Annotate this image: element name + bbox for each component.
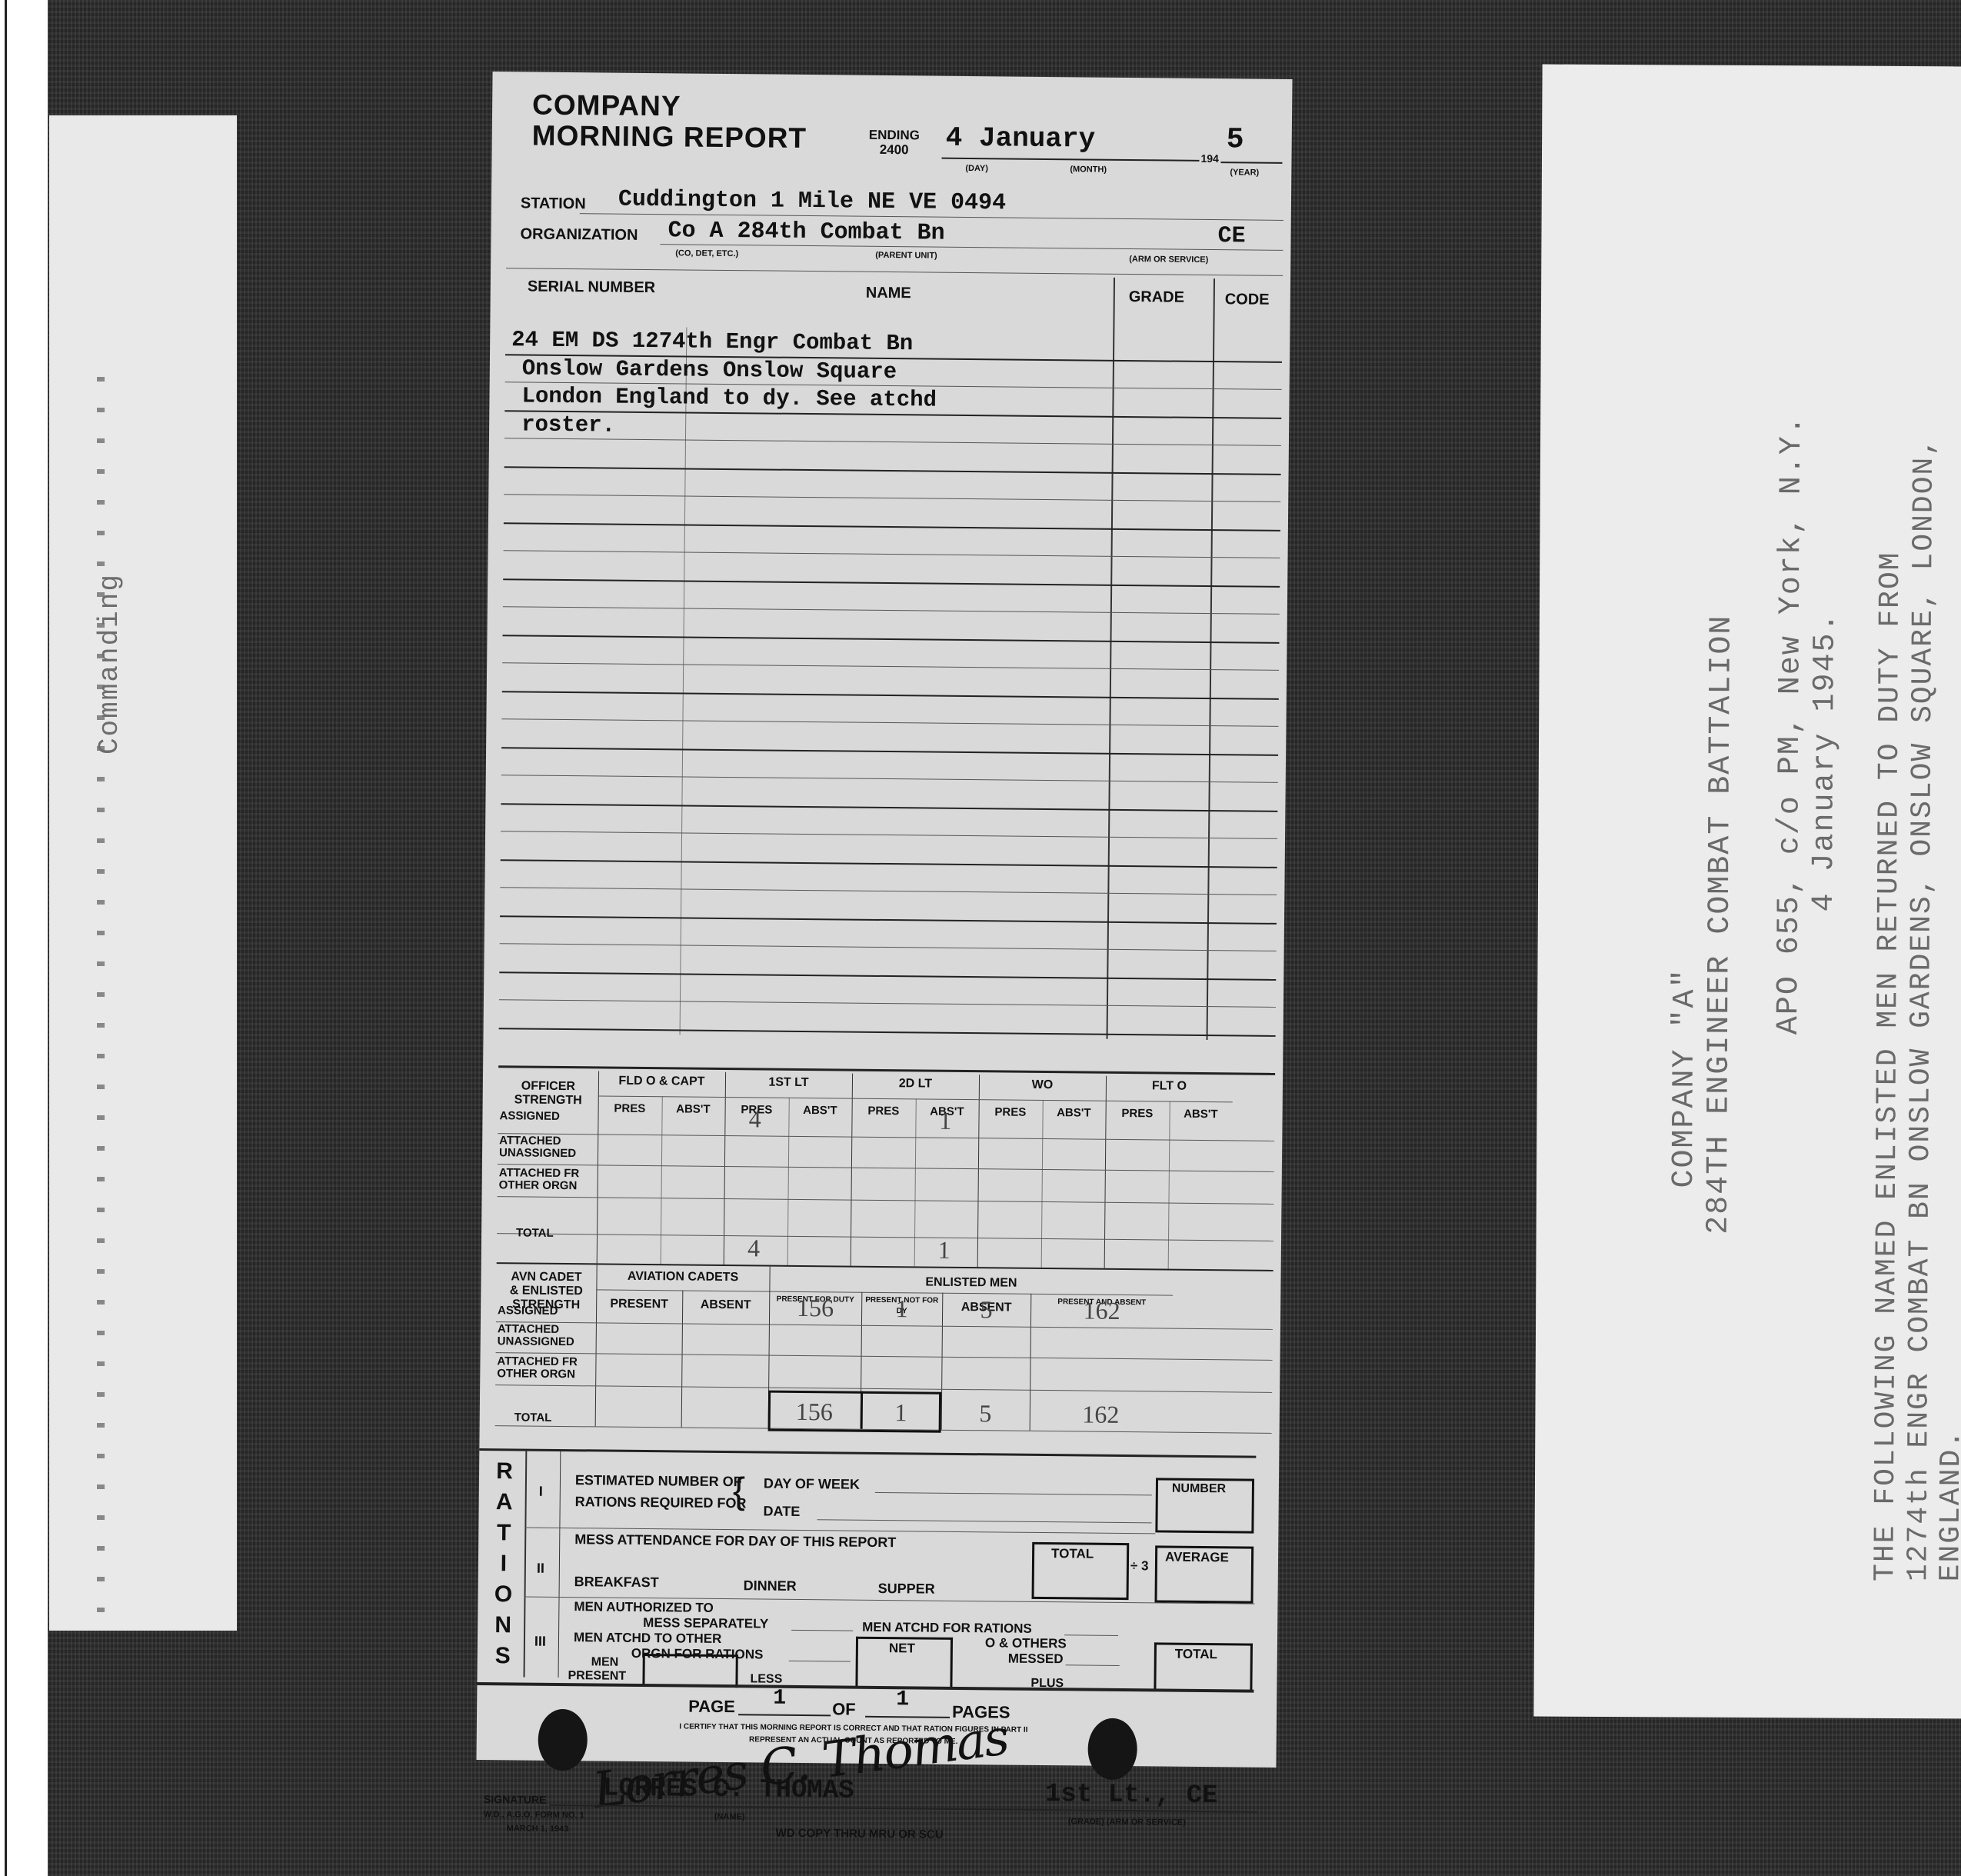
section-ii-numeral: II	[537, 1561, 544, 1577]
number-box[interactable]: NUMBER	[1155, 1478, 1254, 1533]
entry-row-rule	[499, 999, 1276, 1008]
officer-subcol-header: ABS'T	[1042, 1106, 1106, 1120]
enlisted-row-label: ATTACHED FR OTHER ORGN	[497, 1355, 593, 1381]
divide-by-three: ÷ 3	[1130, 1558, 1149, 1574]
page-total: 1	[896, 1688, 909, 1711]
enlisted-row-label: TOTAL	[514, 1411, 611, 1424]
enlisted-subcol-header: ABSENT	[682, 1298, 769, 1313]
enlisted-subcol-header: PRESENT	[596, 1297, 682, 1311]
right-line-1: COMPANY "A"	[1667, 968, 1703, 1188]
entry-row-rule	[502, 662, 1279, 671]
entry-row-rule	[500, 887, 1277, 895]
entry-text-line: London England to dy. See atchd	[521, 383, 937, 412]
entry-row-rule	[499, 971, 1276, 981]
form-number: W.D., A.G.O. FORM NO. 1	[484, 1810, 584, 1820]
officer-group-header: 1ST LT	[725, 1075, 852, 1091]
side-letter: R	[493, 1456, 516, 1487]
entry-row-rule	[503, 635, 1280, 644]
section-i-numeral: I	[539, 1484, 543, 1500]
of-label: OF	[832, 1699, 856, 1719]
right-line-6: 1274th ENGR COMBAT BN ONSLOW GARDENS, ON…	[1902, 437, 1941, 1581]
page-number-field	[738, 1714, 831, 1716]
enlisted-cell-value: 5	[942, 1295, 1030, 1325]
mess-total-box[interactable]: TOTAL	[1032, 1542, 1130, 1600]
morning-report-form: COMPANY MORNING REPORT ENDING 2400 4 Jan…	[476, 72, 1292, 1768]
year-prefix: 194	[1200, 152, 1219, 165]
officer-subcol-divider	[1167, 1101, 1170, 1269]
date-label: DATE	[764, 1504, 801, 1520]
average-label: AVERAGE	[1165, 1550, 1229, 1566]
day-caption: (DAY)	[965, 164, 988, 173]
entry-row-rule	[501, 775, 1278, 783]
rations-top-rule	[479, 1448, 1256, 1458]
table-top-rule	[506, 268, 1283, 276]
entry-row-rule	[501, 718, 1278, 727]
enlisted-cell-value: 162	[1030, 1296, 1173, 1326]
entry-row-rule	[502, 691, 1279, 700]
total-box-divider	[861, 1391, 863, 1429]
day-of-week-field[interactable]	[875, 1492, 1152, 1495]
col-grade: GRADE	[1129, 288, 1184, 307]
side-letter: I	[492, 1548, 515, 1579]
men-atchd-other-1: MEN ATCHD TO OTHER	[574, 1630, 722, 1647]
rations-total-label: TOTAL	[1175, 1647, 1217, 1663]
entry-row-rule	[503, 578, 1280, 588]
men-atchd-rations: MEN ATCHD FOR RATIONS	[862, 1620, 1032, 1637]
officer-subcol-header: PRES	[598, 1101, 662, 1115]
officer-row-label: ATTACHED FR OTHER ORGN	[499, 1167, 595, 1192]
ending-time: 2400	[869, 142, 920, 158]
ending-text: ENDING	[869, 128, 920, 143]
officer-group-header: FLT O	[1106, 1079, 1233, 1095]
men-present-2: PRESENT	[568, 1669, 626, 1684]
name-caption: (NAME)	[714, 1812, 745, 1821]
officer-subcol-divider	[787, 1098, 789, 1265]
signature-label: SIGNATURE	[484, 1793, 547, 1806]
enlisted-cell-value: 156	[769, 1294, 861, 1323]
enlisted-col-divider	[595, 1265, 598, 1426]
entry-row-rule	[503, 606, 1280, 615]
brace: {	[733, 1470, 746, 1512]
right-line-3: APO 655, c/o PM, New York, N.Y.	[1772, 415, 1810, 1035]
entry-row-rule	[504, 466, 1281, 475]
officer-subcol-header: PRES	[1106, 1107, 1170, 1121]
officer-subcol-header: ABS'T	[661, 1102, 725, 1116]
entry-row-rule	[504, 550, 1280, 558]
ending-label: ENDING 2400	[869, 128, 920, 158]
year-value: 5	[1227, 123, 1244, 156]
entry-row-rule	[504, 438, 1281, 446]
officer-row-rule	[498, 1133, 1274, 1141]
grade-caption: (GRADE) (ARM OR SERVICE)	[1068, 1817, 1186, 1827]
total-present-box	[768, 1391, 941, 1433]
officer-group-header: FLD O & CAPT	[598, 1074, 725, 1089]
serial-divider	[680, 327, 688, 1035]
right-line-7: ENGLAND.	[1934, 1429, 1961, 1582]
right-line-4: 4 January 1945.	[1807, 611, 1843, 911]
section-iii-numeral: III	[534, 1634, 546, 1650]
left-document-text: Commanding	[94, 573, 125, 755]
page-margin	[0, 0, 48, 1876]
enlisted-row-label: ATTACHED UNASSIGNED	[498, 1323, 594, 1348]
officer-row-label: TOTAL	[516, 1227, 612, 1240]
code-divider	[1207, 278, 1216, 1040]
station-value: Cuddington 1 Mile NE VE 0494	[618, 187, 1006, 217]
year-caption: (YEAR)	[1230, 168, 1259, 177]
officer-cell-value: 1	[937, 1236, 950, 1265]
others-2: MESSED	[1008, 1651, 1064, 1668]
net-label: NET	[889, 1641, 915, 1656]
officer-subcol-header: PRES	[979, 1105, 1043, 1119]
side-letter: S	[491, 1641, 514, 1671]
right-line-2: 284TH ENGINEER COMBAT BATTALION	[1702, 615, 1740, 1235]
page-label: PAGE	[688, 1697, 735, 1718]
aviation-cadets-header: AVIATION CADETS	[596, 1269, 769, 1285]
date-underline	[941, 158, 1199, 162]
officer-subcol-divider	[1040, 1100, 1043, 1268]
form-title-morning-report: MORNING REPORT	[532, 120, 807, 155]
mess-separately-field[interactable]	[791, 1630, 853, 1631]
rations-total-box[interactable]: TOTAL	[1154, 1642, 1253, 1690]
entry-text-line: Onslow Gardens Onslow Square	[522, 355, 897, 385]
section-i-label-1: ESTIMATED NUMBER OF	[575, 1472, 742, 1490]
side-letter: O	[491, 1579, 514, 1610]
col-code: CODE	[1225, 291, 1270, 309]
faint-typed-marks	[97, 377, 105, 1638]
entry-row-rule	[501, 747, 1278, 756]
officer-subcol-header: PRES	[852, 1105, 916, 1118]
col-serial-number: SERIAL NUMBER	[528, 278, 656, 298]
officer-group-header: 2D LT	[852, 1077, 979, 1092]
rations-divider-2	[558, 1451, 561, 1678]
men-present-box[interactable]	[642, 1654, 737, 1688]
entry-row-rule	[501, 859, 1277, 868]
entry-text-line: roster.	[521, 412, 615, 438]
month-caption: (MONTH)	[1070, 165, 1107, 174]
enlisted-cell-value: 1	[861, 1295, 942, 1324]
rations-divider-1	[524, 1451, 528, 1678]
officer-cell-value: 1	[939, 1107, 951, 1135]
organization-arm: CE	[1217, 223, 1245, 249]
page-number: 1	[773, 1687, 786, 1711]
atchd-other-field[interactable]	[789, 1661, 851, 1662]
others-1: O & OTHERS	[985, 1635, 1067, 1651]
enlisted-men-header: ENLISTED MEN	[769, 1275, 1173, 1292]
officer-row-label: ATTACHED UNASSIGNED	[499, 1135, 595, 1160]
entry-row-rule	[500, 915, 1277, 925]
officer-strength-title: OFFICERSTRENGTH	[502, 1079, 594, 1108]
officer-row-rule	[497, 1233, 1273, 1241]
form-date: MARCH 1, 1943	[507, 1824, 569, 1834]
enlisted-row-rule	[496, 1352, 1273, 1361]
signer-name: LORRES C. THOMAS	[603, 1774, 854, 1806]
day-of-week-label: DAY OF WEEK	[764, 1476, 860, 1493]
officer-row-rule	[498, 1164, 1274, 1172]
breakfast-label: BREAKFAST	[574, 1574, 659, 1591]
side-letter: T	[492, 1518, 515, 1548]
enlisted-row-label: ASSIGNED	[498, 1305, 594, 1318]
side-letter: N	[491, 1610, 514, 1641]
col-name: NAME	[866, 285, 911, 303]
right-document: COMPANY "A" 284TH ENGINEER COMBAT BATTAL…	[1533, 65, 1961, 1719]
mess-attendance-heading: MESS ATTENDANCE FOR DAY OF THIS REPORT	[574, 1531, 896, 1551]
org-caption-arm: (ARM OR SERVICE)	[1129, 255, 1208, 265]
officer-cell-value: 4	[749, 1105, 761, 1133]
officer-subcol-header: ABS'T	[788, 1104, 852, 1118]
entry-row-rule	[504, 522, 1280, 531]
organization-value: Co A 284th Combat Bn	[668, 218, 944, 246]
scan-edge-line	[5, 0, 7, 1876]
officer-subcol-divider	[660, 1096, 662, 1264]
men-authorized-2: MESS SEPARATELY	[643, 1615, 768, 1632]
station-label: STATION	[521, 195, 586, 213]
officer-subcol-header: ABS'T	[1169, 1108, 1233, 1121]
enlisted-cell-value: 162	[1030, 1400, 1172, 1430]
org-caption-parent: (PARENT UNIT)	[875, 251, 937, 261]
officer-row-label: ASSIGNED	[499, 1110, 595, 1123]
rations-side-label: R A T I O N S	[491, 1456, 517, 1671]
date-value: 4 January	[946, 122, 1096, 155]
right-line-5: THE FOLLOWING NAMED ENLISTED MEN RETURNE…	[1869, 551, 1907, 1581]
mess-total-label: TOTAL	[1051, 1546, 1094, 1562]
entry-row-rule	[499, 1028, 1276, 1037]
supper-label: SUPPER	[878, 1581, 935, 1598]
copy-note: WD COPY THRU MRU OR SCU	[776, 1827, 944, 1841]
section-i-label-2: RATIONS REQUIRED FOR	[575, 1494, 747, 1511]
grade-divider	[1107, 278, 1116, 1039]
form-title-company: COMPANY	[532, 89, 681, 123]
officer-subcol-divider	[914, 1098, 916, 1266]
men-present-1: MEN	[591, 1655, 619, 1669]
dinner-label: DINNER	[744, 1578, 797, 1594]
entry-row-rule	[500, 943, 1277, 951]
officer-row-rule	[498, 1196, 1274, 1205]
side-letter: A	[493, 1487, 516, 1518]
officer-cell-value: 4	[747, 1234, 760, 1262]
entry-text-line: 24 EM DS 1274th Engr Combat Bn	[511, 327, 913, 356]
org-caption-unit: (CO, DET, ETC.)	[675, 248, 738, 258]
enlisted-cell-value: 5	[941, 1399, 1030, 1428]
entry-row-rule	[504, 494, 1280, 502]
organization-label: ORGANIZATION	[520, 225, 638, 244]
organization-underline	[660, 244, 1283, 251]
signer-grade: 1st Lt., CE	[1045, 1780, 1218, 1811]
atchd-rations-field[interactable]	[1064, 1634, 1118, 1636]
average-box[interactable]: AVERAGE	[1154, 1545, 1254, 1603]
others-messed-field[interactable]	[1066, 1664, 1120, 1666]
officer-group-header: WO	[979, 1078, 1106, 1093]
entry-row-rule	[501, 803, 1277, 812]
left-document: Commanding	[49, 115, 237, 1631]
men-authorized-1: MEN AUTHORIZED TO	[574, 1599, 714, 1616]
number-box-label: NUMBER	[1172, 1482, 1226, 1497]
date-field[interactable]	[817, 1519, 1152, 1523]
entry-row-rule	[501, 831, 1277, 839]
year-underline	[1220, 162, 1282, 164]
net-box[interactable]: NET	[855, 1637, 953, 1688]
